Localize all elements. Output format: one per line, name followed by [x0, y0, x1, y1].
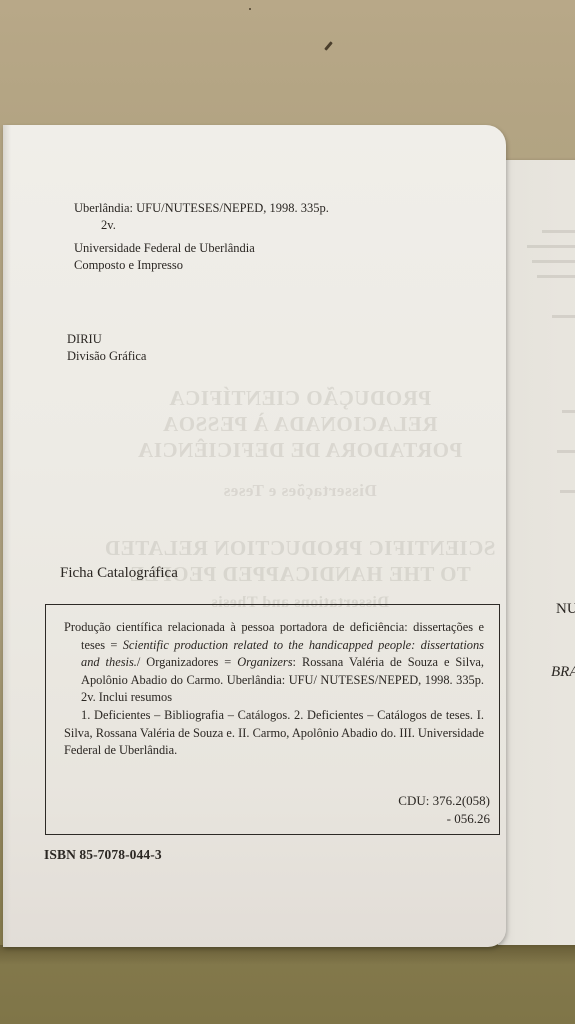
- show-through-line: PRODUÇÃO CIENTÍFICA: [80, 385, 520, 411]
- page-gutter: [3, 125, 11, 947]
- catalog-subjects: 1. Deficientes – Bibliografia – Catálogo…: [64, 707, 484, 760]
- catalog-card: Produção científica relacionada à pessoa…: [45, 604, 500, 835]
- show-through-subtitle-pt: Dissertações e Teses: [80, 481, 520, 501]
- show-through-line: [532, 260, 575, 263]
- graphics-division: DIRIU Divisão Gráfica: [67, 331, 146, 365]
- show-through-line: [527, 245, 575, 248]
- show-through-line: [557, 450, 575, 453]
- imprint: Uberlândia: UFU/NUTESES/NEPED, 1998. 335…: [74, 200, 329, 234]
- show-through-line: [562, 410, 575, 413]
- imprint-line: Uberlândia: UFU/NUTESES/NEPED, 1998. 335…: [74, 200, 329, 217]
- show-through-line: [552, 315, 575, 318]
- division-name: Divisão Gráfica: [67, 348, 146, 365]
- page-shadow: [0, 945, 575, 965]
- debris-speck: [249, 8, 251, 10]
- show-through-line: RELACIONADA À PESSOA: [80, 411, 520, 437]
- show-through-line: PORTADORA DE DEFICIÊNCIA: [80, 437, 520, 463]
- catalog-card-body: Produção científica relacionada à pessoa…: [64, 619, 484, 760]
- debris-speck: [324, 41, 333, 51]
- catalog-card-heading: Ficha Catalográfica: [60, 565, 178, 582]
- cdu-classification: CDU: 376.2(058) - 056.26: [398, 792, 490, 828]
- printer-credit: Universidade Federal de Uberlândia Compo…: [74, 240, 255, 274]
- cdu-code: CDU: 376.2(058): [398, 792, 490, 810]
- printer-note: Composto e Impresso: [74, 257, 255, 274]
- show-through-title-pt: PRODUÇÃO CIENTÍFICA RELACIONADA À PESSOA…: [80, 385, 520, 463]
- catalog-entry: Produção científica relacionada à pessoa…: [64, 619, 484, 707]
- show-through-line: [537, 275, 575, 278]
- entry-organizers-label-en: Organizers: [237, 655, 292, 669]
- entry-organizers-label: / Organizadores =: [137, 655, 237, 669]
- cdu-code-extension: - 056.26: [398, 810, 490, 828]
- facing-page-text-fragment: BRA: [551, 664, 575, 681]
- division-acronym: DIRIU: [67, 331, 146, 348]
- imprint-volumes: 2v.: [74, 217, 329, 234]
- printer-institution: Universidade Federal de Uberlândia: [74, 240, 255, 257]
- show-through-line: [560, 490, 575, 493]
- show-through-line: SCIENTIFIC PRODUCTION RELATED: [80, 535, 520, 561]
- facing-page-text-fragment: NU: [556, 601, 575, 618]
- isbn: ISBN 85-7078-044-3: [44, 847, 162, 863]
- show-through-line: [542, 230, 575, 233]
